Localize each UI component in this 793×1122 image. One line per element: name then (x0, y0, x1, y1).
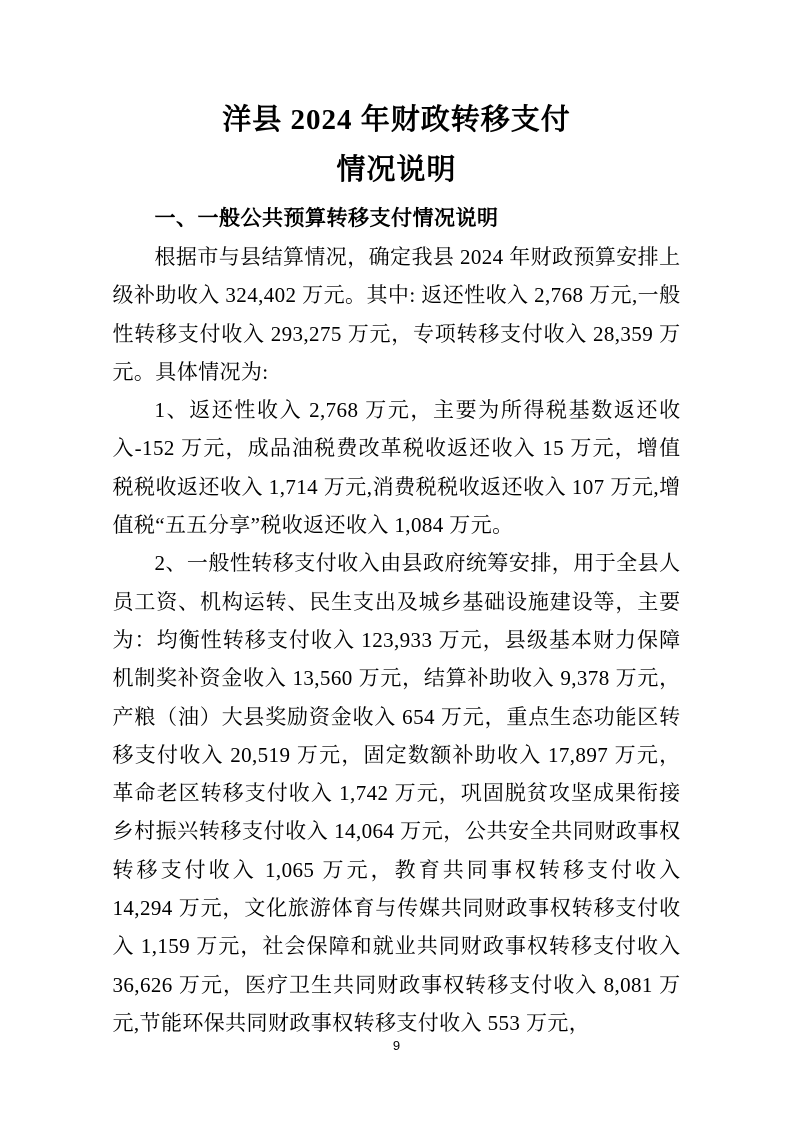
document-title-line1: 洋县 2024 年财政转移支付 (113, 95, 681, 145)
document-content: 洋县 2024 年财政转移支付 情况说明 一、一般公共预算转移支付情况说明 根据… (113, 0, 681, 1042)
paragraph-returned-revenue: 1、返还性收入 2,768 万元，主要为所得税基数返还收入-152 万元，成品油… (113, 391, 681, 544)
document-title-line2: 情况说明 (113, 145, 681, 195)
paragraph-general-transfer-payment: 2、一般性转移支付收入由县政府统筹安排，用于全县人员工资、机构运转、民生支出及城… (113, 544, 681, 1042)
paragraph-overview: 根据市与县结算情况，确定我县 2024 年财政预算安排上级补助收入 324,40… (113, 238, 681, 391)
document-page: 洋县 2024 年财政转移支付 情况说明 一、一般公共预算转移支付情况说明 根据… (0, 0, 793, 1122)
page-number: 9 (0, 1038, 793, 1054)
document-title: 洋县 2024 年财政转移支付 情况说明 (113, 95, 681, 195)
section-heading-general-public-budget: 一、一般公共预算转移支付情况说明 (113, 200, 681, 238)
